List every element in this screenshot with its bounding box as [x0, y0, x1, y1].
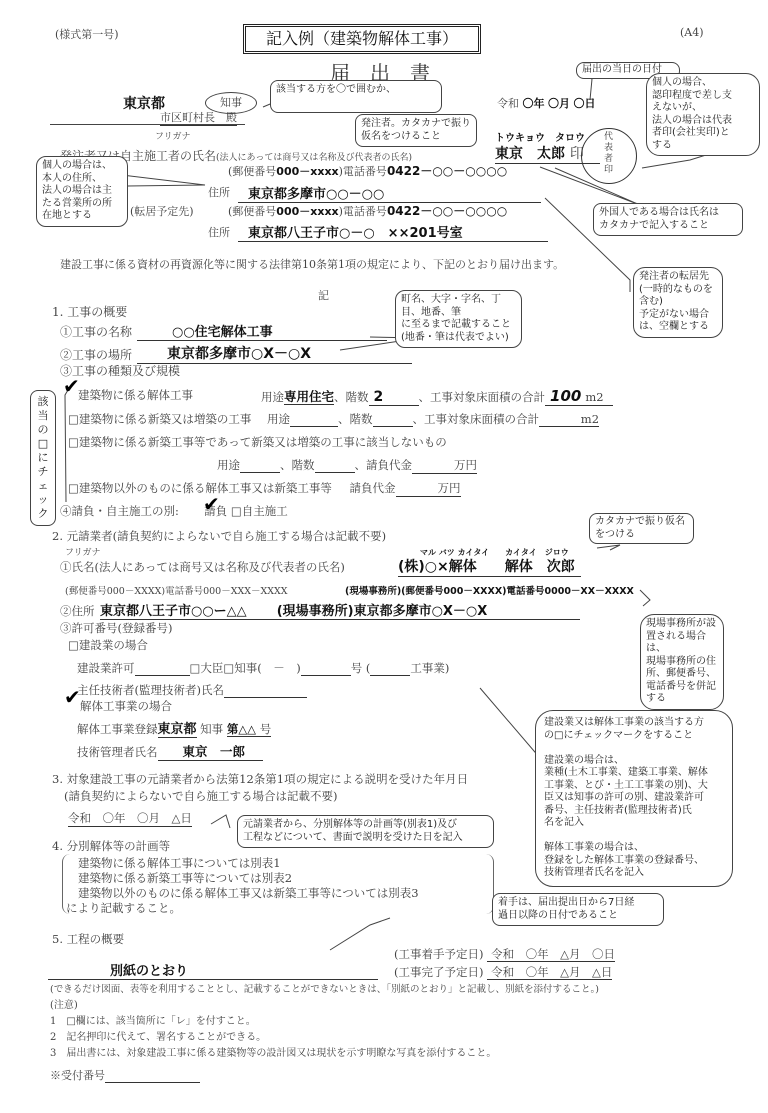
date-month: 〇月	[548, 97, 570, 110]
floors-label-2: 、階数	[338, 412, 373, 426]
applicant-address: 東京都多摩市○○－○○	[238, 183, 541, 203]
work-name-label: ①工事の名称	[60, 323, 132, 340]
contract-type: ④請負・自主施工の別: 請負 □自主施工	[60, 503, 288, 519]
registration-suffix: 号	[260, 722, 272, 736]
callout-katakana-note: カタカナで振り仮名 をつける	[589, 513, 694, 544]
manager-name: 東京 一郎	[158, 742, 263, 761]
section4-line-3: 建築物以外のものに係る解体工事又は新築工事等については別表3	[78, 885, 419, 901]
furigana-label: フリガナ	[155, 129, 191, 142]
date-year: 〇年	[523, 97, 545, 110]
contractor-contact: (郵便番号000－XXXX)電話番号000－XXX－XXXX	[65, 583, 288, 597]
callout-check-note: 該 当 の □ に チ ェ ッ ク	[30, 390, 56, 526]
price-unit-4: 万円	[396, 480, 461, 497]
contract-label: ④請負・自主施工の別:	[60, 504, 179, 518]
start-date-line: (工事着手予定日) 令和 〇年 △月 〇日	[394, 946, 615, 962]
use-label-2: 用途	[255, 412, 290, 426]
callout-address-note: 個人の場合は、 本人の住所、 法人の場合は主 たる営業所の所 在地とする	[36, 156, 128, 227]
applicant-contact-2: (郵便番号000－xxxx)電話番号0422－○○－○○○○	[228, 202, 507, 219]
intro-text: 建設工事に係る資材の再資源化等に関する法律第10条第1項の規定により、下記のとお…	[60, 256, 564, 272]
callout-start-note: 着手は、届出提出日から7日経 過日以降の日付であること	[492, 893, 664, 926]
work-place-value: 東京都多摩市○X－○X	[137, 343, 412, 364]
chief-engineer-label: 主任技術者(監理技術者)氏名	[77, 683, 224, 697]
filing-date: 令和 〇年 〇月 〇日	[497, 95, 596, 111]
construction-permit-line: 建設業許可 □大臣□知事( － ) 号 ( 工事業)	[77, 660, 449, 676]
notes-heading: (注意)	[50, 996, 78, 1011]
contractor-name-label: ①氏名(法人にあっては商号又は名称及び代表者の氏名)	[60, 559, 345, 575]
checkmark-icon: ✔	[64, 687, 81, 707]
demolition-registration-line: 解体工事業登録東京都 知事 第△△ 号	[77, 718, 271, 737]
work-place-label: ②工事の場所	[60, 346, 132, 363]
technical-manager-line: 技術管理者氏名東京 一郎	[77, 742, 263, 761]
note-item-2: 2 記名押印に代えて、署名することができる。	[50, 1028, 266, 1043]
floors-value: 2	[369, 389, 419, 406]
area-label-2: 、工事対象床面積の合計	[413, 412, 540, 426]
registration-label: 解体工事業登録	[77, 722, 158, 736]
type-row-4[interactable]: □建築物以外のものに係る解体工事又は新築工事等 請負代金万円	[68, 480, 461, 497]
registration-prefecture: 東京都	[158, 722, 197, 738]
phone-label: )電話番号	[339, 165, 387, 178]
addressee-underline	[50, 124, 245, 125]
address-label: 住所	[208, 184, 230, 200]
section4-line-1: 建築物に係る解体工事については別表1	[78, 855, 281, 871]
relocation-address: 東京都八王子市○－○ ××201号室	[238, 222, 548, 242]
section5-note: (できるだけ図面、表等を利用することとし、記載することができないときは、「別紙の…	[50, 981, 599, 995]
section4-heading: 4. 分別解体等の計画等	[52, 838, 170, 854]
contractor-address: 東京都八王子市○○ー△△(現場事務所)東京都多摩市○X－○X	[100, 600, 580, 620]
area-unit-2: m2	[539, 412, 599, 427]
type-row-3[interactable]: □建築物に係る新築工事等であって新築又は増築の工事に該当しないもの	[68, 434, 447, 450]
relocation-address-label: 住所	[208, 224, 230, 240]
postal-label-2: (郵便番号	[228, 205, 276, 218]
end-date-label: (工事完了予定日)	[394, 965, 483, 979]
section5-heading: 5. 工程の概要	[52, 931, 124, 947]
section1-heading: 1. 工事の概要	[52, 303, 127, 320]
section3-sub: (請負契約によらないで自ら施工する場合は記載不要)	[64, 788, 337, 804]
contractor-name: (株)○×解体 解体 次郎	[398, 556, 581, 577]
self-construction-option[interactable]: □自主施工	[231, 504, 288, 518]
note-item-1: 1 □欄には、該当箇所に「レ」を付すこと。	[50, 1012, 256, 1027]
area-label: 、工事対象床面積の合計	[419, 390, 546, 404]
callout-explanation-note: 元請業者から、分別解体等の計画等(別表1)及び 工程などについて、書面で説明を受…	[237, 815, 494, 848]
ki-label: 記	[318, 287, 329, 303]
explanation-date: 令和 〇年 〇月 △日	[68, 810, 192, 827]
type-row-4-label: □建築物以外のものに係る解体工事又は新築工事等	[68, 481, 332, 495]
contractor-address-value: 東京都八王子市○○ー△△	[100, 604, 247, 619]
section4-line-4: により記載すること。	[66, 900, 181, 916]
callout-furigana-note: 発注者。カタカナで振り 仮名をつけること	[355, 114, 477, 147]
start-date-label: (工事着手予定日)	[394, 947, 483, 961]
section2-furigana-label: フリガナ	[65, 545, 101, 558]
price-label-4: 請負代金	[336, 481, 396, 495]
manager-label: 技術管理者氏名	[77, 745, 158, 759]
type-row-2[interactable]: □建築物に係る新築又は増築の工事 用途 、階数 、工事対象床面積の合計m2	[68, 411, 599, 427]
use-label: 用途	[261, 390, 284, 404]
form-number: (様式第一号)	[55, 26, 119, 42]
price-unit-3: 万円	[412, 457, 477, 474]
schedule-value: 別紙のとおり	[48, 960, 378, 980]
applicant-furigana: トウキョウ タロウ	[495, 129, 585, 144]
receipt-number-label: ※受付番号	[50, 1069, 105, 1082]
number-label: 号 (	[351, 661, 371, 675]
postal-value: 000－xxxx	[276, 165, 338, 178]
representative-seal-text: 代 表 者 印	[604, 132, 613, 176]
registration-governor: 知事	[200, 722, 223, 736]
callout-site-office-note: 現場事務所が設 置される場合は、 現場事務所の住 所、郵便番号、 電話番号を併記…	[640, 614, 724, 710]
work-name-value: ○○住宅解体工事	[137, 321, 387, 341]
phone-value-2: 0422－○○－○○○○	[387, 204, 507, 218]
permit-line-label: 建設業許可	[77, 661, 135, 675]
type-row-2-label: □建築物に係る新築又は増築の工事	[68, 412, 251, 426]
callout-circle-choice: 該当する方を〇で囲むか、	[270, 80, 442, 113]
start-date-value: 令和 〇年 △月 〇日	[487, 947, 615, 962]
phone-label-2: )電話番号	[339, 205, 387, 218]
date-era: 令和	[497, 97, 519, 110]
chief-engineer-line: 主任技術者(監理技術者)氏名	[77, 682, 307, 698]
end-date-value: 令和 〇年 △月 △日	[487, 965, 612, 980]
use-label-3: 用途	[217, 458, 240, 472]
checkmark-icon: ✔	[203, 494, 220, 514]
postal-value-2: 000－xxxx	[276, 205, 338, 218]
construction-case-option[interactable]: □建設業の場合	[68, 637, 148, 653]
phone-value: 0422－○○－○○○○	[387, 164, 507, 178]
paper-size: (A4)	[680, 26, 704, 39]
type-row-1-label: 建築物に係る解体工事	[78, 388, 193, 402]
section2-heading: 2. 元請業者(請負契約によらないで自ら施工する場合は記載不要)	[52, 528, 386, 544]
contractor-address-label: ②住所	[60, 603, 95, 619]
permit-label: ③許可番号(登録番号)	[60, 620, 172, 636]
minister-governor-option[interactable]: □大臣□知事( － )	[190, 661, 301, 675]
callout-relocation-note: 発注者の転居先 (一時的なものを 含む) 予定がない場合 は、空欄とする	[633, 267, 723, 338]
callout-foreigner-note: 外国人である場合は氏名は カタカナで記入すること	[593, 203, 743, 236]
type-row-3-details: 用途 、階数 、請負代金万円	[217, 457, 477, 474]
callout-license-note: 建設業又は解体工事業の該当する方 の□にチェックマークをすること 建設業の場合は…	[535, 710, 733, 887]
relocation-label: (転居予定先)	[130, 203, 194, 219]
type-row-1-details: 用途専用住宅、階数2、工事対象床面積の合計100m2	[261, 387, 613, 406]
area-value: 100	[545, 387, 581, 405]
section4-line-2: 建築物に係る新築工事等については別表2	[78, 870, 292, 886]
use-value: 専用住宅	[284, 389, 334, 405]
price-label-3: 、請負代金	[355, 458, 413, 472]
applicant-contact-1: (郵便番号000－xxxx)電話番号0422－○○－○○○○	[228, 162, 507, 179]
addressee-prefecture: 東京都	[123, 93, 165, 113]
postal-label: (郵便番号	[228, 165, 276, 178]
floors-label-3: 、階数	[280, 458, 315, 472]
callout-place-note: 町名、大字・字名、丁目、地番、筆 に至るまで記載すること (地番・筆は代表でよい…	[395, 290, 522, 348]
demolition-case-option[interactable]: 解体工事業の場合	[80, 698, 172, 714]
document-title-box: 記入例（建築物解体工事）	[243, 24, 481, 54]
note-item-3: 3 届出書には、対象建設工事に係る建築物等の設計図又は現状を示す明瞭な写真を添付…	[50, 1044, 496, 1059]
representative-seal-circle: 代 表 者 印	[581, 128, 637, 184]
end-date-line: (工事完了予定日) 令和 〇年 △月 △日	[394, 964, 612, 980]
area-unit: m2	[581, 390, 603, 404]
callout-seal-note: 個人の場合、 認印程度で差し支 えないが、 法人の場合は代表 者印(会社実印)と…	[646, 73, 760, 156]
type-row-1[interactable]: 建築物に係る解体工事	[78, 387, 193, 403]
date-day: 〇日	[574, 97, 596, 110]
registration-number: 第△△	[227, 722, 256, 736]
floors-label: 、階数	[334, 390, 369, 404]
receipt-number-line: ※受付番号	[50, 1067, 200, 1083]
section3-heading: 3. 対象建設工事の元請業者から法第12条第1項の規定による説明を受けた年月日	[52, 771, 468, 787]
site-office-contact: (現場事務所)(郵便番号000－XXXX)電話番号0000－XX－XXXX	[345, 583, 634, 597]
business-label: 工事業)	[410, 661, 449, 675]
applicant-name-text: 東京 太郎	[495, 146, 565, 162]
site-office-address: (現場事務所)東京都多摩市○X－○X	[247, 604, 488, 619]
